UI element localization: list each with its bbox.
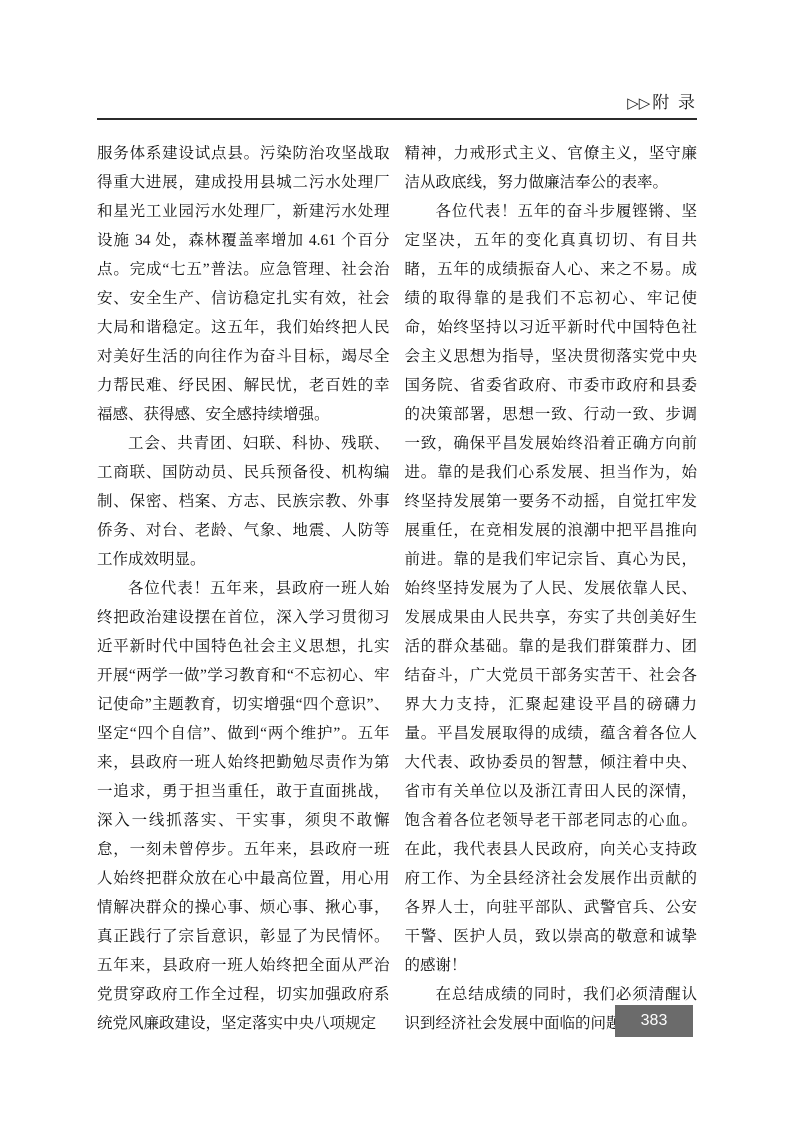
page-number-badge: 383: [615, 1005, 693, 1037]
paragraph: 各位代表！五年来，县政府一班人始终把政治建设摆在首位，深入学习贯彻习近平新时代中…: [97, 574, 390, 1038]
right-column: 精神，力戒形式主义、官僚主义，坚守廉洁从政底线，努力做廉洁奉公的表率。 各位代表…: [405, 139, 698, 1038]
page-header: ▷▷附 录: [97, 88, 697, 120]
paragraph-continuation: 精神，力戒形式主义、官僚主义，坚守廉洁从政底线，努力做廉洁奉公的表率。: [405, 139, 698, 197]
paragraph: 工会、共青团、妇联、科协、残联、工商联、国防动员、民兵预备役、机构编制、保密、档…: [97, 429, 390, 574]
paragraph: 各位代表！五年的奋斗步履铿锵、坚定坚决，五年的变化真真切切、有目共睹，五年的成绩…: [405, 197, 698, 980]
header-title: 附 录: [652, 93, 697, 112]
left-column: 服务体系建设试点县。污染防治攻坚战取得重大进展，建成投用县城二污水处理厂和星光工…: [97, 139, 390, 1038]
double-right-triangle-icon: ▷▷: [627, 95, 650, 112]
two-column-content: 服务体系建设试点县。污染防治攻坚战取得重大进展，建成投用县城二污水处理厂和星光工…: [97, 139, 697, 1038]
paragraph-continuation: 服务体系建设试点县。污染防治攻坚战取得重大进展，建成投用县城二污水处理厂和星光工…: [97, 139, 390, 429]
document-page: ▷▷附 录 服务体系建设试点县。污染防治攻坚战取得重大进展，建成投用县城二污水处…: [0, 0, 793, 1122]
